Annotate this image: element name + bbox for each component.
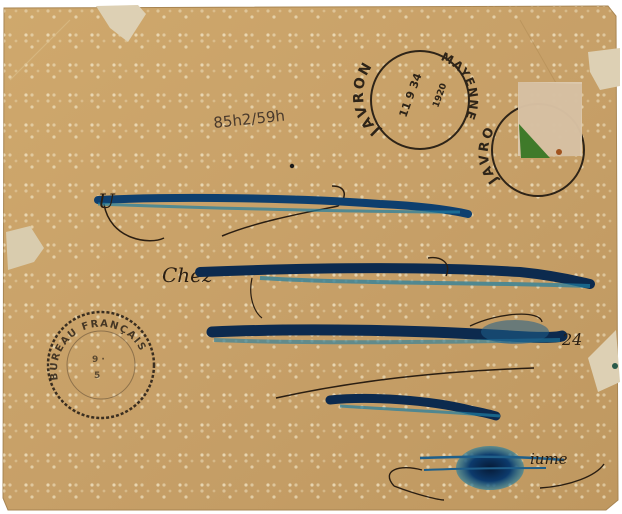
svg-text:5: 5 <box>94 371 100 381</box>
envelope-scene: 85h2/59h JAVRON MAYENNE 11 9 34 1920 JAV… <box>0 0 622 514</box>
stamp-fragment <box>518 82 582 158</box>
handwriting-24: 24 <box>561 330 582 349</box>
handwriting-iume: iume <box>530 450 568 468</box>
svg-text:9 ·: 9 · <box>92 355 105 365</box>
ink-dot <box>290 164 294 168</box>
svg-text:U: U <box>98 189 116 213</box>
envelope-paper <box>3 6 618 510</box>
